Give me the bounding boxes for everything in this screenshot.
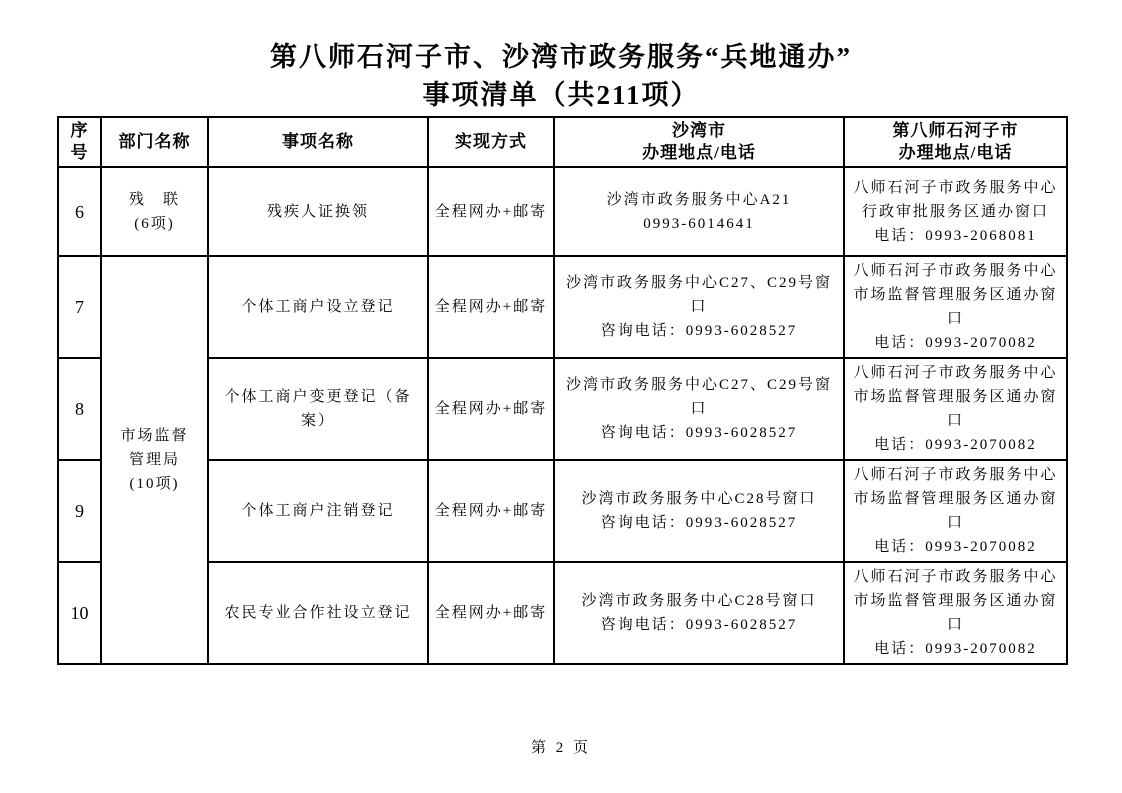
cell-item-6: 残疾人证换领 bbox=[208, 167, 428, 256]
cell-shawan-9: 沙湾市政务服务中心C28号窗口 咨询电话：0993-6028527 bbox=[554, 460, 844, 562]
cell-dept-scjdglj: 市场监督 管理局 (10项) bbox=[101, 256, 208, 664]
service-items-table: 序号 部门名称 事项名称 实现方式 沙湾市 办理地点/电话 第八师石河子市 办理… bbox=[57, 116, 1068, 665]
cell-item-7: 个体工商户设立登记 bbox=[208, 256, 428, 358]
cell-shawan-8: 沙湾市政务服务中心C27、C29号窗口 咨询电话：0993-6028527 bbox=[554, 358, 844, 460]
header-dept: 部门名称 bbox=[101, 117, 208, 167]
cell-method-9: 全程网办+邮寄 bbox=[428, 460, 554, 562]
header-seq: 序号 bbox=[58, 117, 101, 167]
title-line-1: 第八师石河子市、沙湾市政务服务“兵地通办” bbox=[0, 38, 1122, 76]
cell-shihezi-8: 八师石河子市政务服务中心 市场监督管理服务区通办窗口 电话：0993-20700… bbox=[844, 358, 1067, 460]
cell-dept-canlian: 残 联 (6项) bbox=[101, 167, 208, 256]
table-row-8: 8 个体工商户变更登记（备案） 全程网办+邮寄 沙湾市政务服务中心C27、C29… bbox=[58, 358, 1067, 460]
cell-method-7: 全程网办+邮寄 bbox=[428, 256, 554, 358]
cell-seq-10: 10 bbox=[58, 562, 101, 664]
cell-shihezi-6: 八师石河子市政务服务中心 行政审批服务区通办窗口 电话：0993-2068081 bbox=[844, 167, 1067, 256]
cell-seq-7: 7 bbox=[58, 256, 101, 358]
cell-method-8: 全程网办+邮寄 bbox=[428, 358, 554, 460]
cell-method-6: 全程网办+邮寄 bbox=[428, 167, 554, 256]
title-line-2: 事项清单（共211项） bbox=[0, 76, 1122, 114]
page-number: 第 2 页 bbox=[0, 736, 1122, 757]
table-header-row: 序号 部门名称 事项名称 实现方式 沙湾市 办理地点/电话 第八师石河子市 办理… bbox=[58, 117, 1067, 167]
cell-shawan-6: 沙湾市政务服务中心A21 0993-6014641 bbox=[554, 167, 844, 256]
cell-shawan-10: 沙湾市政务服务中心C28号窗口 咨询电话：0993-6028527 bbox=[554, 562, 844, 664]
cell-item-9: 个体工商户注销登记 bbox=[208, 460, 428, 562]
table-row-10: 10 农民专业合作社设立登记 全程网办+邮寄 沙湾市政务服务中心C28号窗口 咨… bbox=[58, 562, 1067, 664]
cell-seq-9: 9 bbox=[58, 460, 101, 562]
cell-shihezi-7: 八师石河子市政务服务中心 市场监督管理服务区通办窗口 电话：0993-20700… bbox=[844, 256, 1067, 358]
document-page: 第八师石河子市、沙湾市政务服务“兵地通办” 事项清单（共211项） 序号 部门名… bbox=[0, 0, 1122, 793]
cell-method-10: 全程网办+邮寄 bbox=[428, 562, 554, 664]
table-row-6: 6 残 联 (6项) 残疾人证换领 全程网办+邮寄 沙湾市政务服务中心A21 0… bbox=[58, 167, 1067, 256]
header-shawan: 沙湾市 办理地点/电话 bbox=[554, 117, 844, 167]
header-method: 实现方式 bbox=[428, 117, 554, 167]
cell-seq-8: 8 bbox=[58, 358, 101, 460]
cell-shihezi-9: 八师石河子市政务服务中心 市场监督管理服务区通办窗口 电话：0993-20700… bbox=[844, 460, 1067, 562]
table-row-7: 7 市场监督 管理局 (10项) 个体工商户设立登记 全程网办+邮寄 沙湾市政务… bbox=[58, 256, 1067, 358]
cell-shawan-7: 沙湾市政务服务中心C27、C29号窗口 咨询电话：0993-6028527 bbox=[554, 256, 844, 358]
cell-item-10: 农民专业合作社设立登记 bbox=[208, 562, 428, 664]
header-item: 事项名称 bbox=[208, 117, 428, 167]
cell-seq-6: 6 bbox=[58, 167, 101, 256]
header-shihezi: 第八师石河子市 办理地点/电话 bbox=[844, 117, 1067, 167]
document-title: 第八师石河子市、沙湾市政务服务“兵地通办” 事项清单（共211项） bbox=[0, 0, 1122, 114]
cell-item-8: 个体工商户变更登记（备案） bbox=[208, 358, 428, 460]
table-row-9: 9 个体工商户注销登记 全程网办+邮寄 沙湾市政务服务中心C28号窗口 咨询电话… bbox=[58, 460, 1067, 562]
cell-shihezi-10: 八师石河子市政务服务中心 市场监督管理服务区通办窗口 电话：0993-20700… bbox=[844, 562, 1067, 664]
